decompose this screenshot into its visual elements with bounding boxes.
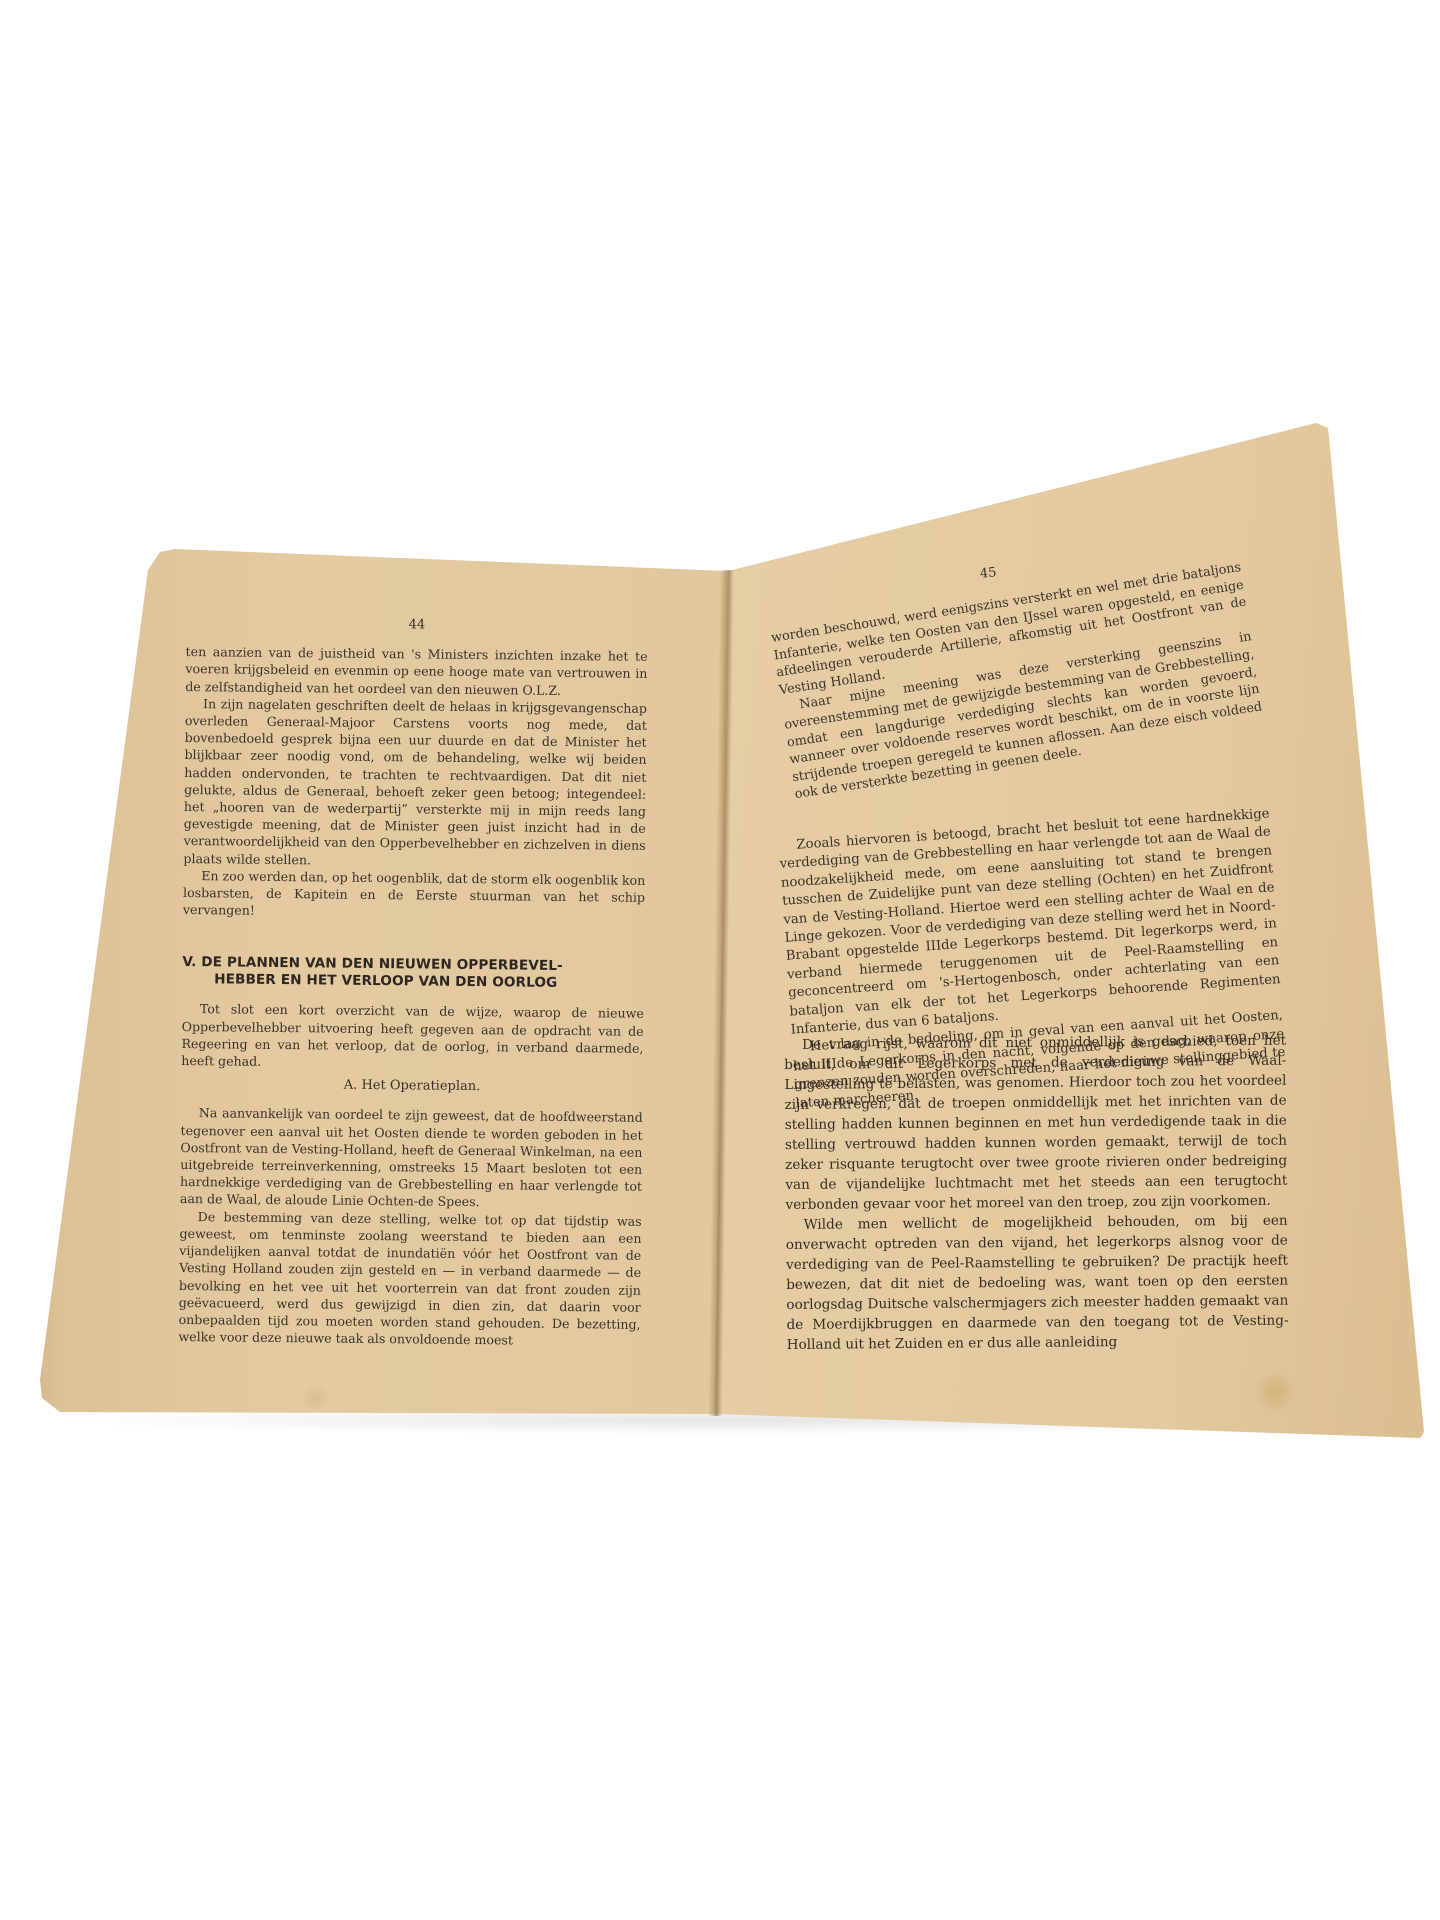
paragraph: De bestemming van deze stelling, welke t… <box>178 1208 641 1350</box>
page-number: 44 <box>186 614 648 636</box>
chapter-title-line2: HEBBER EN HET VERLOOP VAN DEN OORLOG <box>182 971 644 993</box>
open-booklet: 44 ten aanzien van de juistheid van 's M… <box>0 0 1440 1920</box>
paragraph: De vraag rijst, waarom dit niet onmiddel… <box>784 1031 1288 1215</box>
paragraph: ten aanzien van de juistheid van 's Mini… <box>185 643 648 699</box>
page-number: 45 <box>979 565 997 582</box>
paragraph: En zoo werden dan, op het oogenblik, dat… <box>183 867 646 923</box>
paragraph: Wilde men wellicht de mogelijkheid behou… <box>786 1211 1289 1355</box>
left-page-text: 44 ten aanzien van de juistheid van 's M… <box>178 614 648 1350</box>
paragraph: Na aanvankelijk van oordeel te zijn gewe… <box>180 1104 643 1212</box>
right-page-text-bottom: De vraag rijst, waarom dit niet onmiddel… <box>784 1031 1289 1355</box>
chapter-number: V. <box>182 954 196 970</box>
paragraph: Tot slot een kort overzicht van de wijze… <box>181 1000 644 1074</box>
paper-stain <box>1255 1370 1295 1414</box>
paper-stain <box>300 1385 330 1411</box>
section-heading: A. Het Operatieplan. <box>181 1075 643 1097</box>
paragraph: In zijn nagelaten geschriften deelt de h… <box>183 695 647 872</box>
chapter-heading: V. DE PLANNEN VAN DEN NIEUWEN OPPERBEVEL… <box>182 954 644 993</box>
paragraph: Zooals hiervoren is betoogd, bracht het … <box>778 805 1282 1040</box>
